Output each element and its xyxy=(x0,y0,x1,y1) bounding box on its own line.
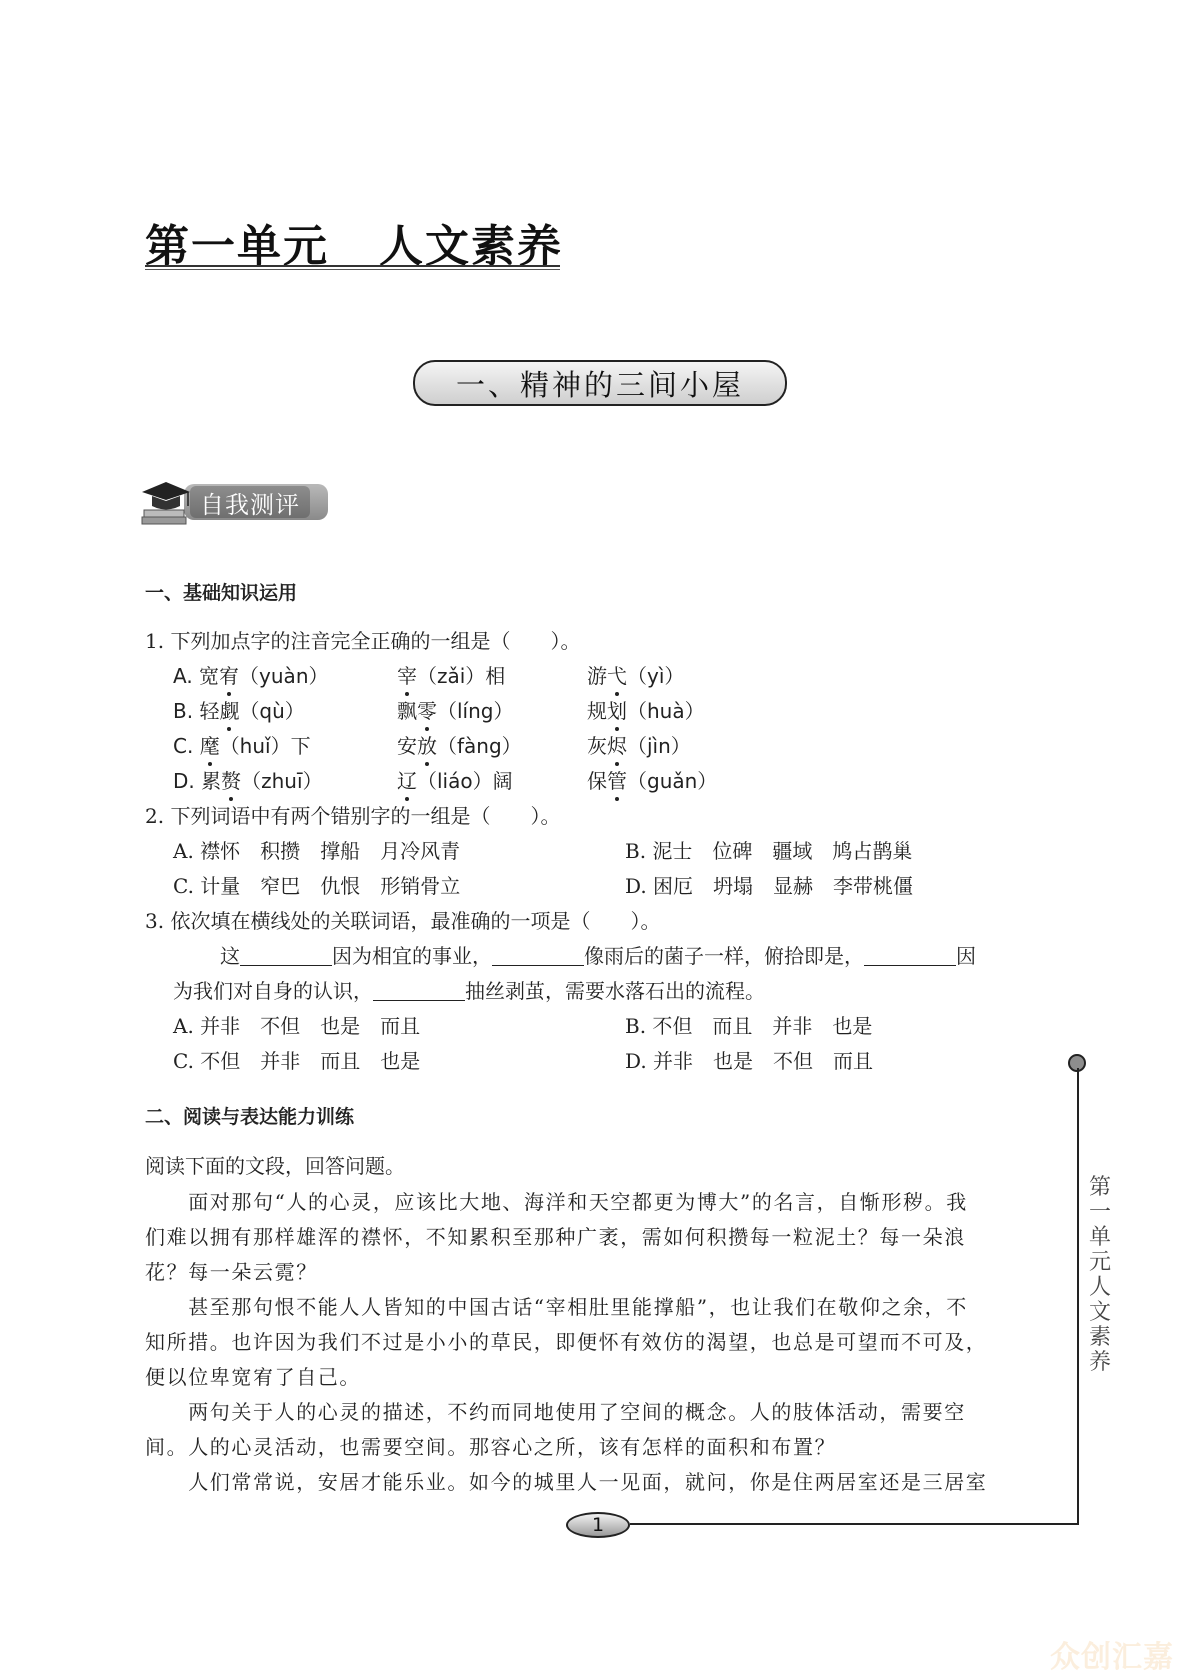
section-heading-reading: 二、阅读与表达能力训练 xyxy=(145,1102,354,1129)
passage-line: 面对那句“人的心灵，应该比大地、海洋和天空都更为博大”的名言，自惭形秽。我 xyxy=(145,1185,987,1220)
q2-option-a: A. 襟怀 积攒 撑船 月冷风青 xyxy=(173,837,460,865)
passage-line: 间。人的心灵活动，也需要空间。那容心之所，该有怎样的面积和布置？ xyxy=(145,1430,987,1465)
q3-sentence-line-2: 为我们对自身的认识，抽丝剥茧，需要水落石出的流程。 xyxy=(173,977,765,1005)
q1-option-c-3: 灰烬（jìn） xyxy=(587,732,691,760)
q1-option-a-2: 宰（zǎi）相 xyxy=(397,662,505,690)
question-1-stem: 1. 下列加点字的注音完全正确的一组是（ ）。 xyxy=(145,627,580,655)
passage-line: 甚至那句恨不能人人皆知的中国古话“宰相肚里能撑船”，也让我们在敬仰之余，不 xyxy=(145,1290,987,1325)
q3-option-c: C. 不但 并非 而且 也是 xyxy=(173,1047,420,1075)
page-number: 1 xyxy=(566,1512,630,1538)
passage-line: 花？每一朵云霓？ xyxy=(145,1255,987,1290)
q3-sentence-line-1: 这因为相宜的事业，像雨后的菌子一样，俯拾即是，因 xyxy=(220,942,976,970)
q1-option-b-2: 飘零（líng） xyxy=(397,697,513,725)
q1-option-b: B. 轻觑（qù） xyxy=(173,697,305,725)
q1-option-c-2: 安放（fàng） xyxy=(397,732,522,760)
fill-blank-1[interactable] xyxy=(240,945,332,966)
q1-option-c: C. 麾（huǐ）下 xyxy=(173,732,311,760)
title-underline-thin xyxy=(145,269,560,270)
q1-option-b-3: 规划（huà） xyxy=(587,697,705,725)
fill-blank-2[interactable] xyxy=(492,945,584,966)
passage-line: 两句关于人的心灵的描述，不约而同地使用了空间的概念。人的肢体活动，需要空 xyxy=(145,1395,987,1430)
passage-line: 们难以拥有那样雄浑的襟怀，不知累积至那种广袤，需如何积攒每一粒泥土？每一朵浪 xyxy=(145,1220,987,1255)
side-tab-label: 第一单元 人文素养 xyxy=(1087,1175,1113,1375)
footer-line xyxy=(630,1523,1079,1525)
q1-option-a-3: 游弋（yì） xyxy=(587,662,684,690)
q1-option-d-3: 保管（guǎn） xyxy=(587,767,717,795)
q2-option-b: B. 泥士 位碑 疆域 鸠占鹊巢 xyxy=(625,837,912,865)
q3-option-b: B. 不但 而且 并非 也是 xyxy=(625,1012,872,1040)
question-2-stem: 2. 下列词语中有两个错别字的一组是（ ）。 xyxy=(145,802,560,830)
passage-line: 知所措。也许因为我们不过是小小的草民，即便怀有效仿的渴望，也总是可望而不可及， xyxy=(145,1325,987,1360)
badge-label: 自我测评 xyxy=(190,486,310,518)
self-assessment-badge: 自我测评 xyxy=(140,480,330,526)
graduation-cap-books-icon xyxy=(140,480,196,528)
reading-passage: 面对那句“人的心灵，应该比大地、海洋和天空都更为博大”的名言，自惭形秽。我 们难… xyxy=(145,1185,987,1500)
passage-line: 便以位卑宽宥了自己。 xyxy=(145,1360,987,1395)
watermark: 众创汇嘉 xyxy=(1050,1632,1174,1676)
passage-line: 人们常常说，安居才能乐业。如今的城里人一见面，就问，你是住两居室还是三居室 xyxy=(145,1465,987,1500)
fill-blank-4[interactable] xyxy=(373,980,465,1001)
q3-option-d: D. 并非 也是 不但 而且 xyxy=(625,1047,873,1075)
q1-option-d-2: 辽（liáo）阔 xyxy=(397,767,513,795)
q1-option-d: D. 累赘（zhuī） xyxy=(173,767,323,795)
q2-option-d: D. 困厄 坍塌 显赫 李带桃僵 xyxy=(625,872,913,900)
question-3-stem: 3. 依次填在横线处的关联词语，最准确的一项是（ ）。 xyxy=(145,907,660,935)
fill-blank-3[interactable] xyxy=(864,945,956,966)
title-underline xyxy=(145,265,560,267)
q3-option-a: A. 并非 不但 也是 而且 xyxy=(173,1012,420,1040)
section-heading-basic: 一、基础知识运用 xyxy=(145,578,297,605)
q2-option-c: C. 计量 窄巴 仇恨 形销骨立 xyxy=(173,872,460,900)
lesson-title: 一、精神的三间小屋 xyxy=(413,360,787,406)
reading-instruction: 阅读下面的文段，回答问题。 xyxy=(145,1152,405,1180)
q1-option-a: A. 宽宥（yuàn） xyxy=(173,662,329,690)
side-tab-line xyxy=(1077,1068,1079,1524)
